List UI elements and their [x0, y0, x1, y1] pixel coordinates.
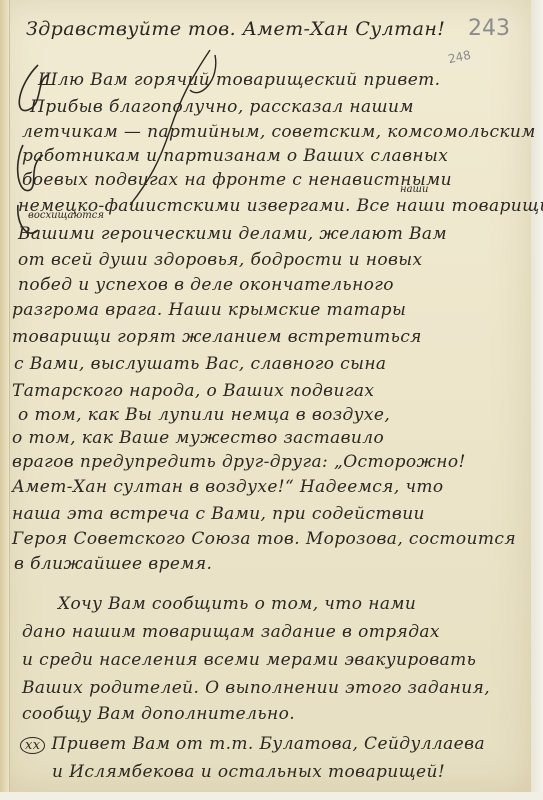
postscript-text: Привет Вам от т.т. Булатова, Сейдуллаева: [51, 734, 485, 754]
postscript-marker: xx: [20, 737, 45, 754]
letter-line: летчикам — партийным, советским, комсомо…: [22, 122, 536, 142]
letter-line: Хочу Вам сообщить о том, что нами: [58, 594, 416, 614]
letter-line: работникам и партизанам о Ваших славных: [22, 146, 448, 166]
letter-line: сообщу Вам дополнительно.: [22, 704, 295, 724]
letter-line: Амет-Хан султан в воздухе!“ Надеемся, чт…: [12, 477, 444, 497]
insertion-above: наши: [400, 184, 428, 195]
letter-line: дано нашим товарищам задание в отрядах: [22, 622, 440, 642]
letter-line: наша эта встреча с Вами, при содействии: [12, 504, 425, 524]
letter-line: Героя Советского Союза тов. Морозова, со…: [12, 529, 516, 549]
page-right-edge: [531, 0, 543, 800]
letter-line: врагов предупредить друг-друга: „Осторож…: [12, 452, 466, 472]
letter-greeting: Здравствуйте тов. Амет-Хан Султан!: [26, 18, 445, 40]
archive-number-primary: 243: [468, 16, 510, 41]
postscript-line: и Ислямбекова и остальных товарищей!: [52, 762, 445, 782]
letter-line: о том, как Ваше мужество заставило: [12, 428, 384, 448]
insertion-above: восхищаются: [28, 210, 104, 221]
letter-line: и среди населения всеми мерами эвакуиров…: [22, 650, 476, 670]
letter-line: в ближайшее время.: [14, 554, 212, 574]
postscript-line: xxПривет Вам от т.т. Булатова, Сейдуллае…: [20, 734, 485, 754]
letter-line: от всей души здоровья, бодрости и новых: [18, 250, 423, 270]
letter-line: боевых подвигах на фронте с ненавистными: [22, 170, 452, 190]
letter-line: Татарского народа, о Ваших подвигах: [12, 381, 374, 401]
letter-line: побед и успехов в деле окончательного: [18, 275, 394, 295]
letter-line: о том, как Вы лупили немца в воздухе,: [18, 405, 390, 425]
letter-line: с Вами, выслушать Вас, славного сына: [14, 354, 386, 374]
letter-line: разгрома врага. Наши крымские татары: [12, 300, 406, 320]
letter-line: Шлю Вам горячий товарищеский привет.: [38, 70, 441, 90]
letter-line: Ваших родителей. О выполнении этого зада…: [22, 678, 490, 698]
page-bottom-edge: [0, 792, 543, 800]
letter-line: товарищи горят желанием встретиться: [12, 327, 422, 347]
letter-line: Вашими героическими делами, желают Вам: [18, 224, 447, 244]
letter-line: Прибыв благополучно, рассказал нашим: [30, 97, 414, 117]
